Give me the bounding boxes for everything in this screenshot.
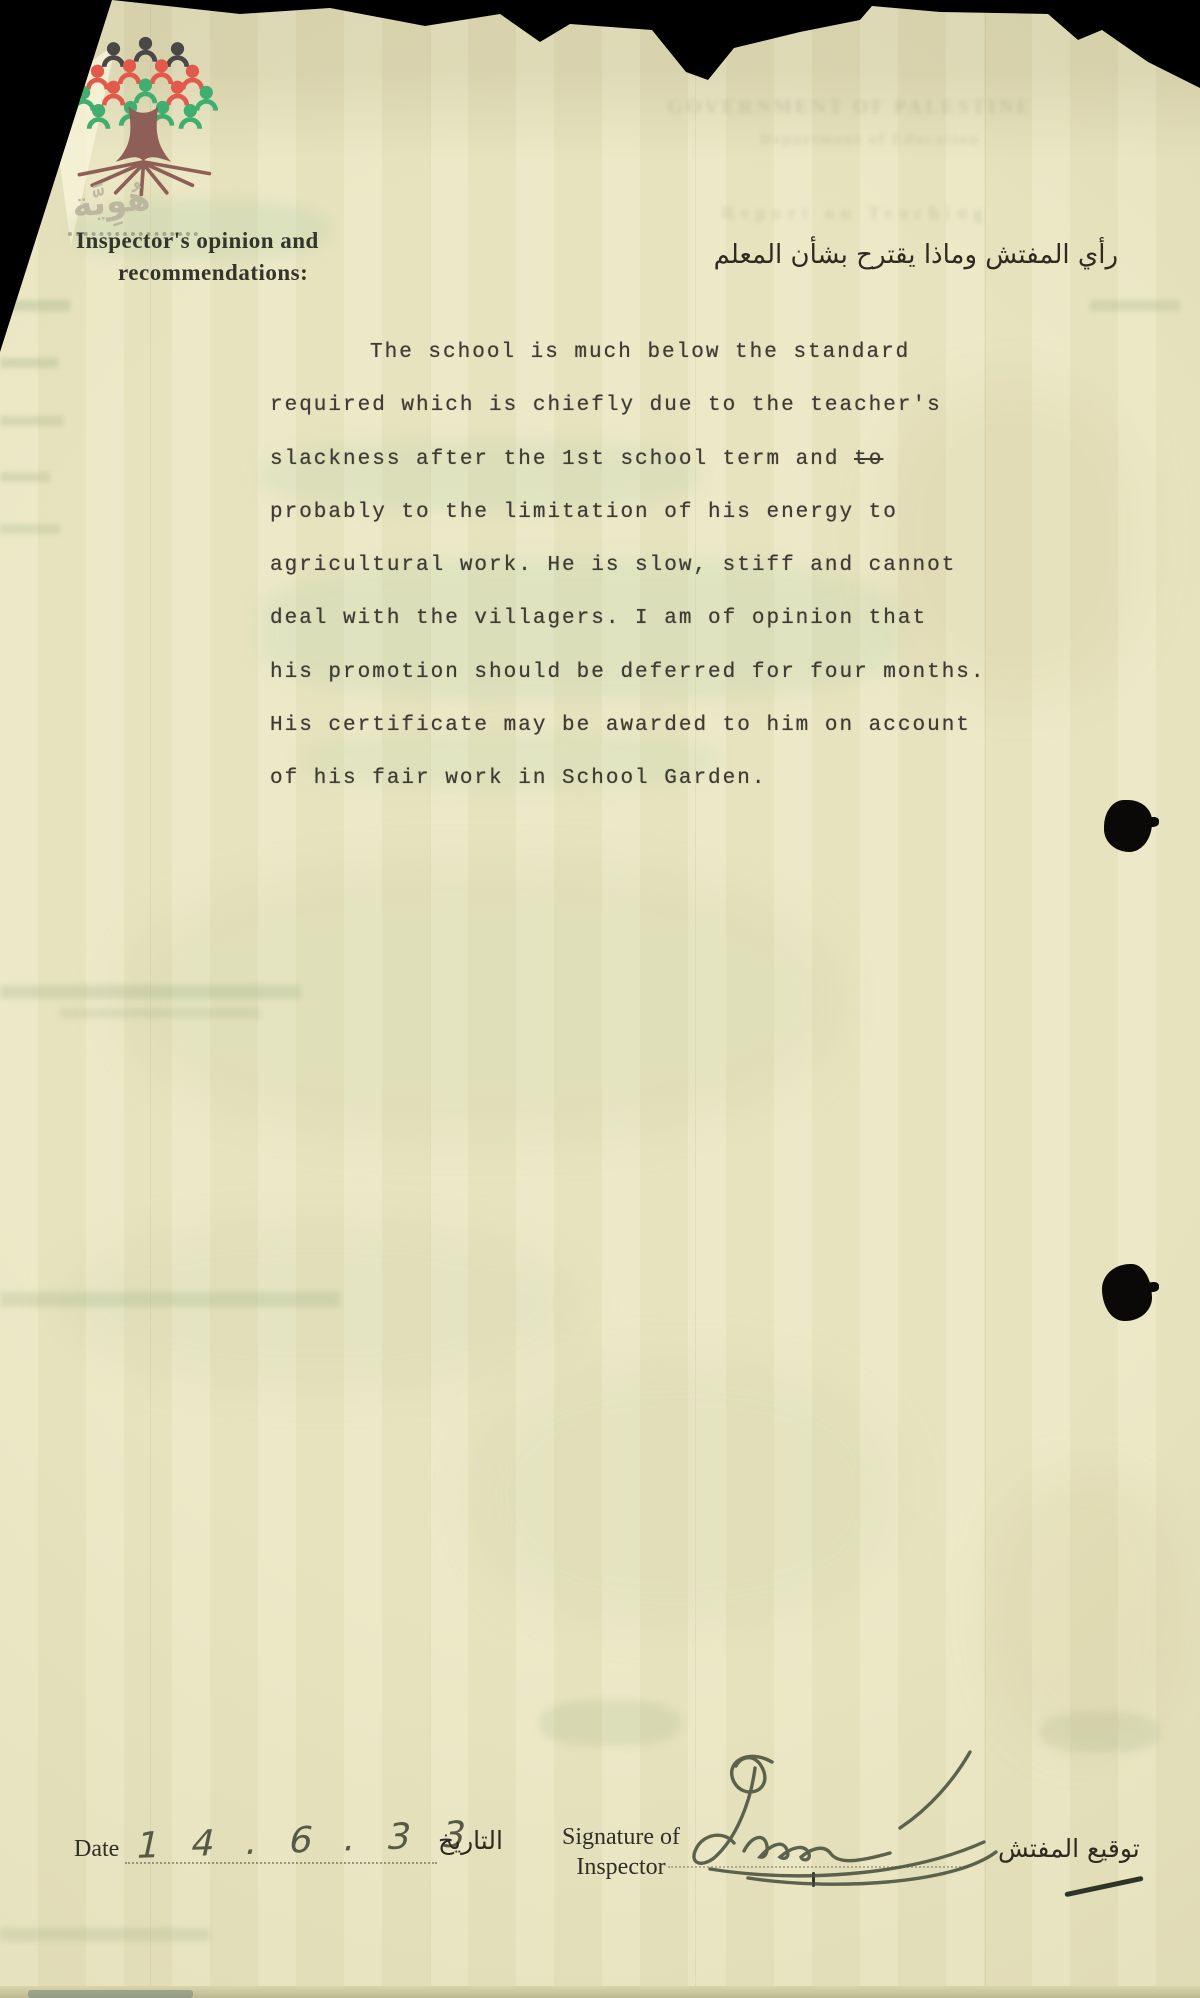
paper-crease	[985, 0, 986, 1998]
bleedthrough-smudge	[0, 300, 70, 311]
struck-through-word: to	[854, 448, 883, 471]
paper-sheet: GOVERNMENT OF PALESTINE Department of Ed…	[0, 0, 1200, 1998]
section-title-en-line1: Inspector's opinion and	[76, 228, 319, 254]
paper-crease	[150, 0, 151, 1998]
date-label-arabic: التاريخ	[438, 1826, 503, 1855]
paper-stain	[990, 1470, 1180, 1750]
section-title-ar: رأي المفتش وماذا يقترح بشأن المعلم	[714, 240, 1118, 270]
typewritten-line: his promotion should be deferred for fou…	[270, 646, 1010, 699]
bleedthrough-smudge	[1090, 300, 1180, 311]
tree-of-people-icon	[58, 36, 233, 196]
typewritten-line: required which is chiefly due to the tea…	[270, 379, 1010, 432]
bleedthrough-smudge	[0, 1292, 340, 1307]
typewritten-line: slackness after the 1st school term and …	[270, 433, 1010, 486]
bleedthrough-smudge	[0, 416, 64, 426]
archive-logo: هُوِيَّة	[58, 36, 258, 256]
scanned-document: GOVERNMENT OF PALESTINE Department of Ed…	[0, 0, 1200, 1998]
paper-crease	[695, 0, 696, 1998]
bleedthrough-smudge	[0, 358, 58, 368]
bleedthrough-text: GOVERNMENT OF PALESTINE	[640, 96, 1060, 119]
bleedthrough-text: Department of Education	[720, 131, 1020, 149]
bleedthrough-smudge	[470, 1360, 900, 1630]
pen-mark	[1064, 1876, 1143, 1898]
ink-blot	[1104, 800, 1152, 852]
bleedthrough-smudge	[1040, 1712, 1160, 1752]
typewritten-line: probably to the limitation of his energy…	[270, 486, 1010, 539]
bleedthrough-smudge	[0, 472, 50, 482]
bleedthrough-text: Report on Teaching	[640, 203, 1070, 225]
bleedthrough-smudge	[0, 524, 60, 534]
scan-edge-artifact	[28, 1990, 193, 1998]
date-label: Date	[74, 1836, 119, 1863]
typewritten-line: of his fair work in School Garden.	[270, 752, 1010, 805]
section-title-en-line2: recommendations:	[118, 260, 308, 286]
date-dotted-line	[125, 1862, 437, 1864]
bleedthrough-smudge	[120, 860, 840, 1140]
bleedthrough-smudge	[540, 1700, 680, 1746]
typewritten-line: The school is much below the standard	[270, 326, 1010, 379]
ink-blot	[1102, 1264, 1152, 1321]
typewritten-line: His certificate may be awarded to him on…	[270, 699, 1010, 752]
inspector-opinion-paragraph: The school is much below the standardreq…	[270, 326, 1010, 806]
bleedthrough-smudge	[60, 1220, 580, 1390]
typewritten-line: deal with the villagers. I am of opinion…	[270, 592, 1010, 645]
logo-arabic-name: هُوِيَّة	[70, 178, 152, 226]
bleedthrough-smudge	[60, 1008, 260, 1018]
inspector-signature	[652, 1746, 1004, 1894]
typewritten-line: agricultural work. He is slow, stiff and…	[270, 539, 1010, 592]
date-handwritten-value: 1 4 . 6 . 3 3	[132, 1814, 480, 1867]
paper-crease	[430, 0, 431, 1998]
bleedthrough-smudge	[0, 1928, 210, 1941]
signature-label-arabic: توقيع المفتش	[998, 1834, 1140, 1863]
